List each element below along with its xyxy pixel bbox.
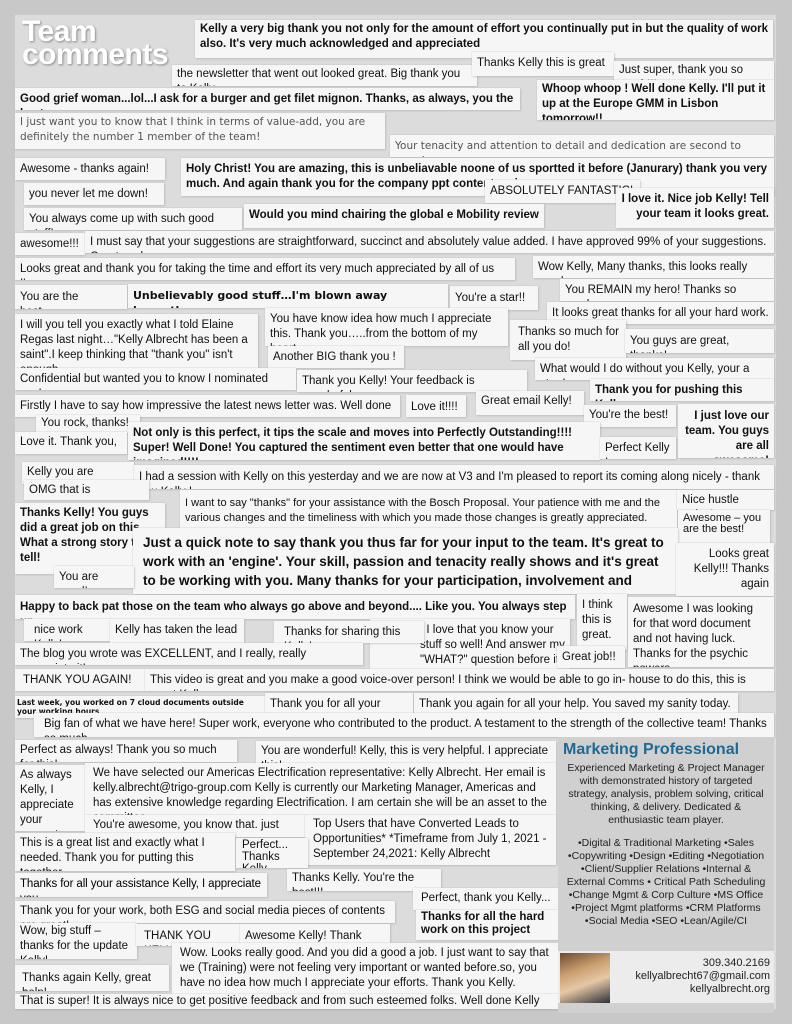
comment-card: Big fan of what we have here! Super work… [34,713,774,737]
comment-card: Firstly I have to say how impressive the… [15,395,400,417]
comment-card: Looks great Kelly!!! Thanks again [676,543,774,596]
comment-card: You are good! [54,566,134,588]
comment-card: Thanks for sharing this Kelly! [274,621,424,643]
comment-card: Would you mind chairing the global e Mob… [244,204,544,228]
profile-contact: 309.340.2169 kellyalbrecht67@gmail.com k… [558,951,774,1003]
comment-card: Not only is this perfect, it tips the sc… [128,422,600,460]
comment-card: Nice hustle today! [677,490,774,510]
comment-card: awesome!!! [15,233,85,255]
comment-card: Thanks so much for all you do! [510,320,626,360]
comment-card: This video is great and you make a good … [145,669,774,691]
comment-card: As always Kelly, I appreciate your suppo… [15,765,85,831]
comment-card: Unbelievably good stuff…I'm blown away h… [128,284,448,308]
contact-email[interactable]: kellyalbrecht67@gmail.com [635,970,770,983]
comment-card: Thank you Kelly! Your feedback is wonder… [297,370,527,392]
comment-card: Love it. Thank you, [15,432,127,454]
comment-card: THANK YOU AGAIN! [15,669,145,691]
comment-card: Another BIG thank you ! [268,346,404,368]
comment-card: Good grief woman...lol...I ask for a bur… [15,88,520,110]
comment-card: I will you tell you exactly what I told … [15,314,258,370]
comment-card: You rock, thanks! [36,415,140,433]
comment-card: Thanks Kelly this is great [472,52,614,76]
profile-photo-icon [560,953,610,1003]
comment-card: Thank you again for all your help. You s… [414,693,738,715]
comment-card: You have know idea how much I appreciate… [265,308,508,346]
profile-heading: Marketing Professional [558,737,774,759]
comment-card: Confidential but wanted you to know I no… [15,368,296,390]
comment-card: You are wonderful! Kelly, this is very h… [256,741,556,763]
comment-card: The blog you wrote was EXCELLENT, and I … [15,643,363,665]
comment-card: Awesome I was looking for that word docu… [628,597,774,667]
comment-card-featured: Just a quick note to say thank you thus … [133,528,678,594]
comment-card: Top Users that have Converted Leads to O… [305,815,556,865]
comment-card: Perfect as always! Thank you so much for… [15,740,237,762]
comment-card: Looks great and thank you for taking the… [15,258,515,280]
comment-card: I think this is great. [577,594,627,650]
contact-phone: 309.340.2169 [635,957,770,970]
comment-card: You're a star!! [450,286,538,310]
comment-card: This is a great list and exactly what I … [15,833,235,871]
comment-card: OMG that is awesome. [24,480,149,500]
profile-summary: Experienced Marketing & Project Manager … [558,762,774,827]
comment-card: Perfect... Thanks Kelly. [236,838,308,868]
page-title: Team comments [22,20,168,66]
comment-card: Kelly has taken the lead [110,619,244,643]
comment-card: Thank you for all your help! [265,693,413,715]
comment-card: Happy to back pat those on the team who … [15,595,575,619]
comment-card: Thanks for all your assistance Kelly, I … [15,873,267,897]
comment-card: You are the best…… [15,285,127,309]
comment-card: the newsletter that went out looked grea… [172,65,477,86]
contact-info: 309.340.2169 kellyalbrecht67@gmail.com k… [635,957,770,996]
contact-website[interactable]: kellyalbrecht.org [635,983,770,996]
comment-card: You REMAIN my hero! Thanks so much, [560,279,774,301]
comment-card: Thanks for all the hard work on this pro… [416,910,558,940]
comment-card: I must say that your suggestions are str… [85,231,774,253]
comment-card: Wow, big stuff – thanks for the update K… [15,923,137,959]
comment-card: Wow Kelly, Many thanks, this looks reall… [533,256,774,278]
comment-card: You always come up with such good stuff! [24,208,242,230]
comment-card: Thank you for pushing this Kelly. [590,379,774,401]
comment-card: I just love our team. You guys are all a… [678,404,774,458]
comment-card: You guys are great, thanks! [625,329,774,353]
comment-card: Awesome - thanks again! [15,158,165,180]
comment-card: Thank you for your work, both ESG and so… [15,901,395,923]
comment-card: Awesome – you are the best! [678,510,770,546]
comment-card: Love it!!!! [406,395,466,417]
comment-card: nice work Kelly! [24,619,112,641]
title-line-2: comments [22,43,168,66]
comment-card: I want to say "thanks" for your assistan… [180,490,677,528]
profile-skills: •Digital & Traditional Marketing •Sales … [558,837,774,928]
comment-card: I love it. Nice job Kelly! Tell your tea… [616,188,774,228]
comment-card: Wow. Looks really good. And you did a go… [172,943,560,994]
comment-card: you never let me down! [24,183,164,205]
comment-card: We have selected our Americas Electrific… [85,763,556,815]
comment-card: Whoop whoop ! Well done Kelly. I'll put … [537,80,774,120]
profile-panel: Marketing Professional Experienced Marke… [558,737,774,1013]
comment-card: I just want you to know that I think in … [15,113,385,149]
comment-card: Perfect, thank you Kelly... [413,888,558,910]
comment-card: What would I do without you Kelly, your … [535,358,774,380]
comment-card: Thanks again Kelly, great help! [15,965,169,991]
comment-card: Your tenacity and attention to detail an… [390,135,774,157]
comment-card: That is super! It is always nice to get … [15,994,560,1009]
comment-card: Perfect Kelly ! [600,437,676,459]
comment-card: Great job!! [557,646,625,668]
comment-card: Just super, thank you so much!!! [614,61,774,80]
comment-card: I had a session with Kelly on this yeste… [134,465,774,489]
comment-card: Great email Kelly! [476,391,584,415]
